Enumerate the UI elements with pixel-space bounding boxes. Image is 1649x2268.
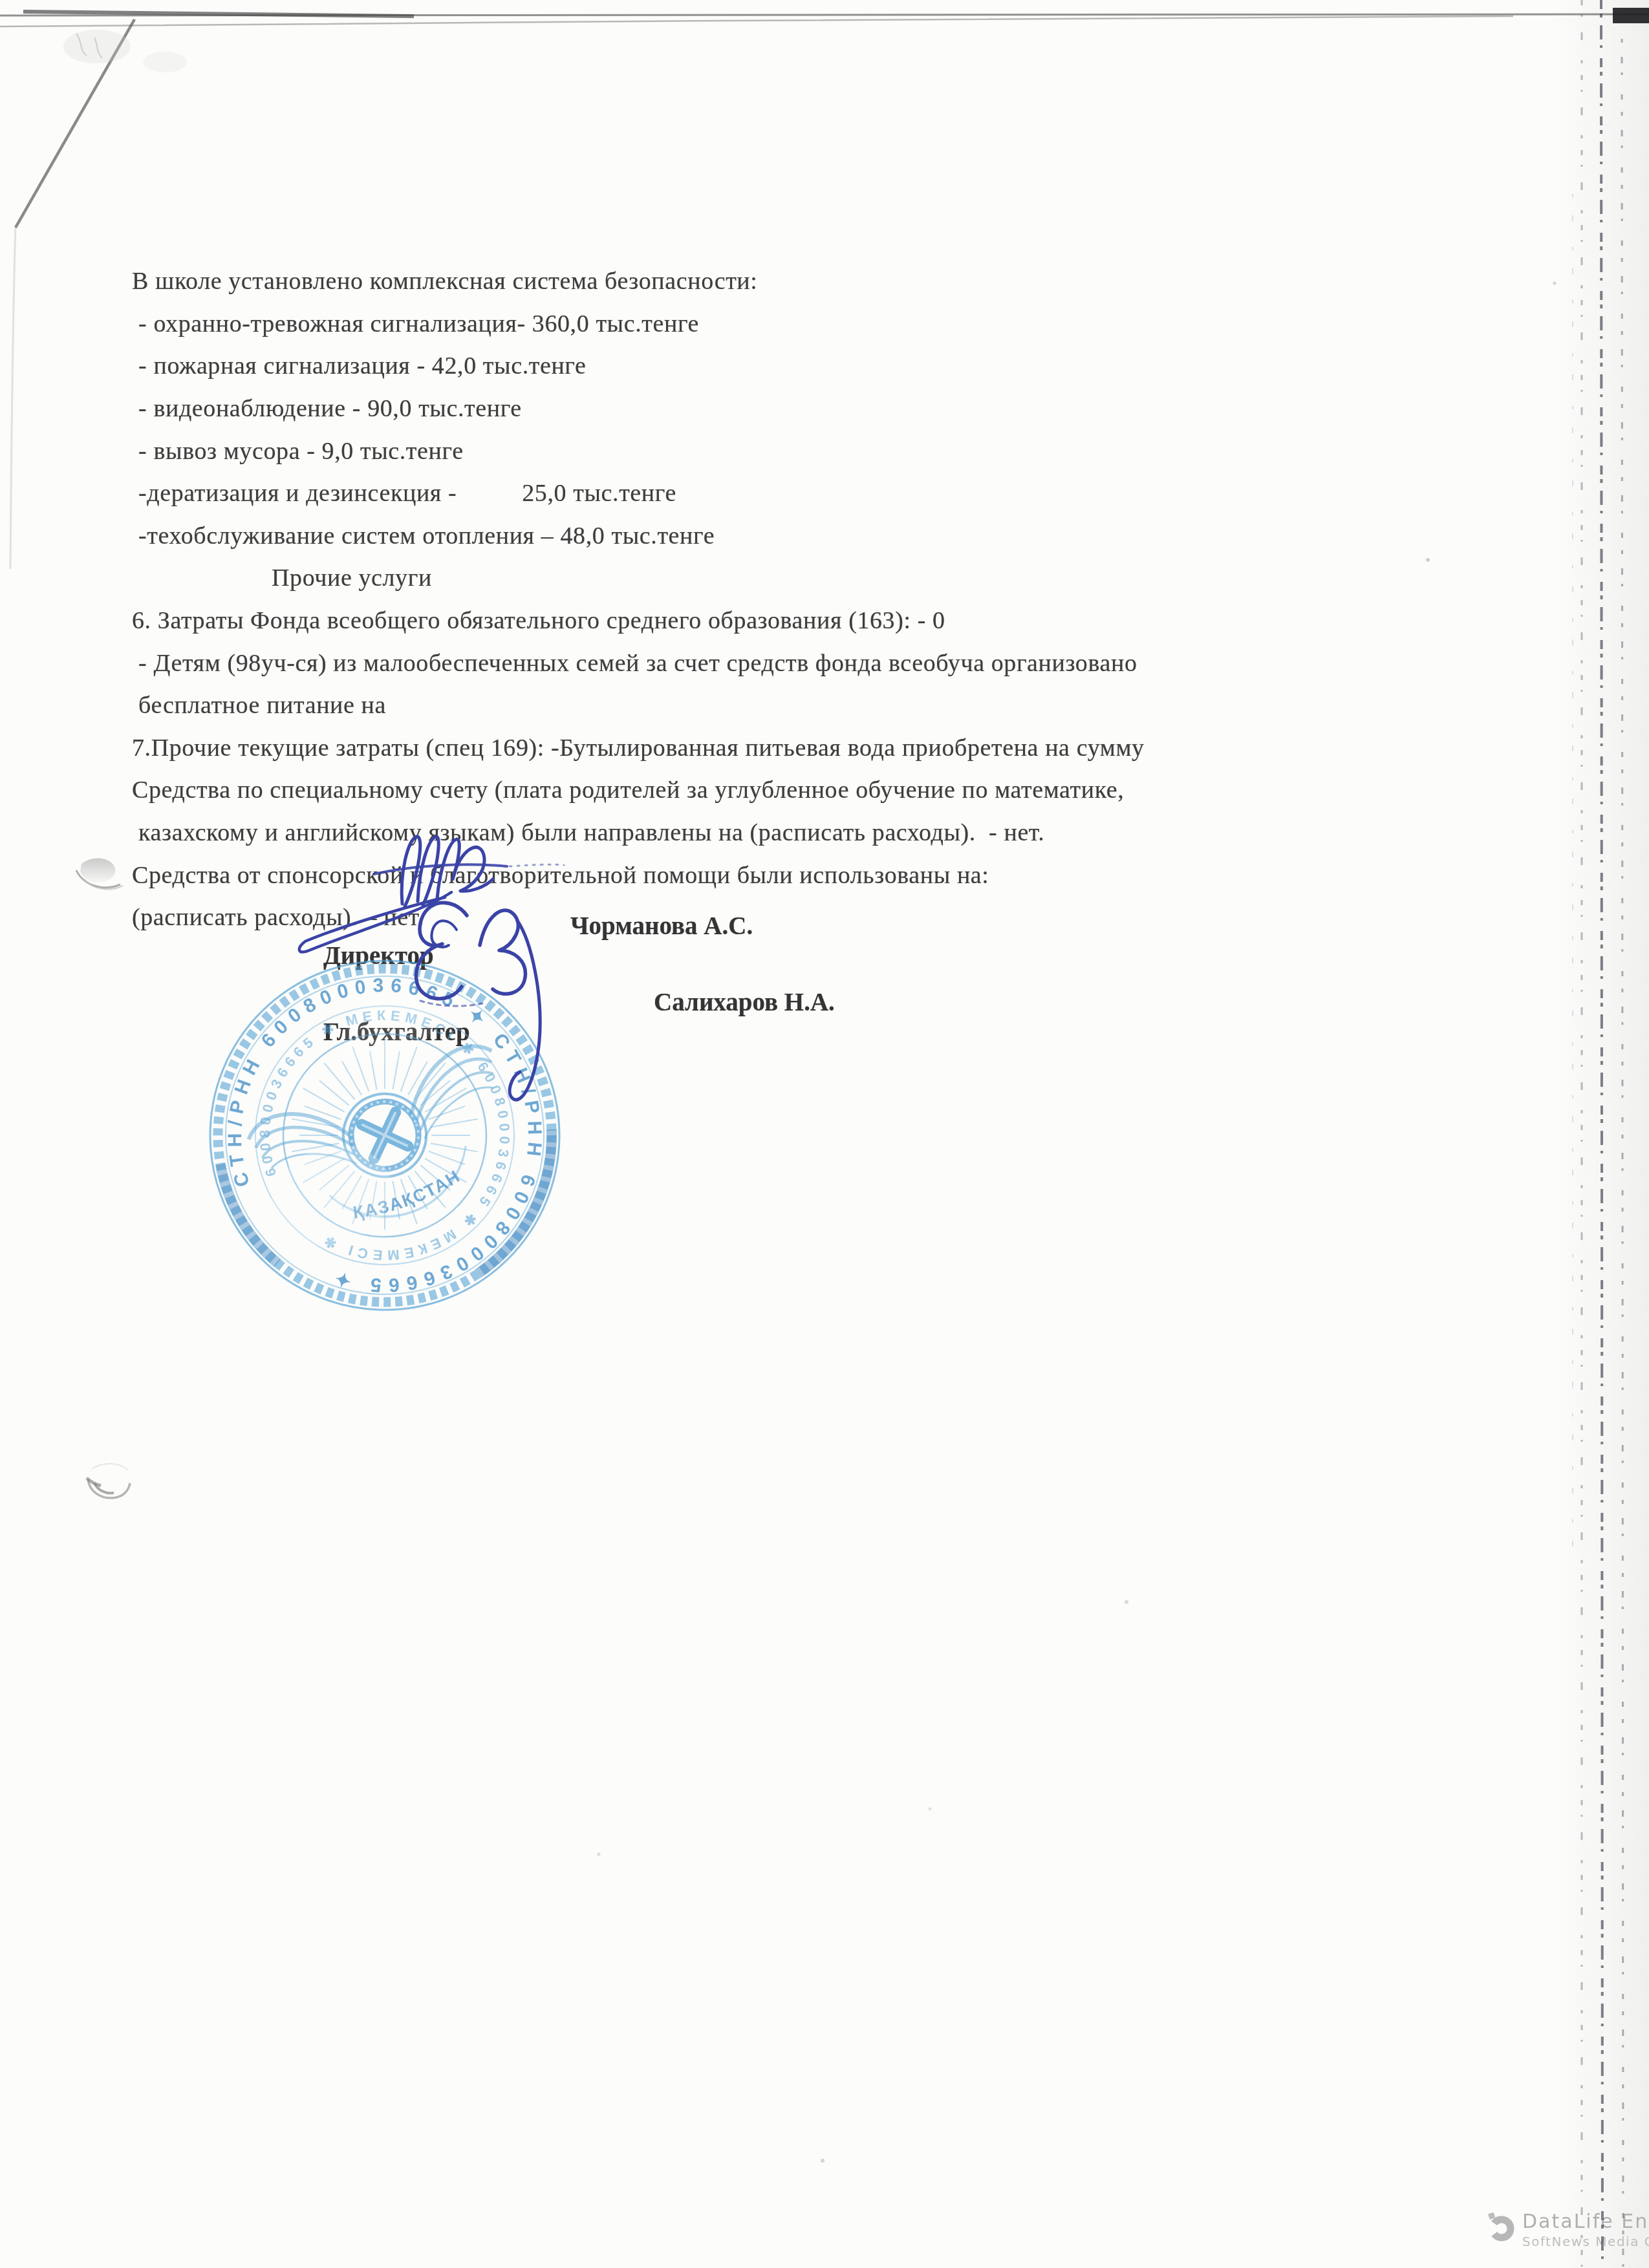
datalife-logo-icon	[1486, 2211, 1516, 2242]
watermark-title: DataLife Engine	[1522, 2211, 1649, 2233]
stamp-banner-text: ҚАЗАҚСТАН	[348, 1164, 466, 1228]
document-line: казахскому и английскому языкам) были на…	[132, 812, 1425, 855]
document-line: -дератизация и дезинсекция - 25,0 тыс.те…	[132, 473, 1425, 515]
document-line: - вывоз мусора - 9,0 тыс.тенге	[132, 431, 1425, 473]
document-line: - Детям (98уч-ся) из малообеспеченных се…	[132, 643, 1425, 685]
watermark-text: DataLife Engine SoftNews Media Group	[1522, 2211, 1649, 2250]
hole-punch-mark	[87, 1464, 130, 1498]
document-line: - пожарная сигнализация - 42,0 тыс.тенге	[132, 345, 1425, 388]
document-line: В школе установлено комплексная система …	[132, 261, 1425, 303]
signature-block: Директор Чорманова А.С. Гл.бухгалтер Сал…	[273, 852, 1178, 1124]
scanned-document-page: В школе установлено комплексная система …	[0, 0, 1649, 2268]
hole-punch-mark	[76, 858, 123, 889]
signature-row: Гл.бухгалтер Салихаров Н.А.	[273, 988, 1178, 1064]
datalife-watermark: DataLife Engine SoftNews Media Group	[1486, 2211, 1649, 2250]
stamp-pedestal-arcs	[330, 1146, 481, 1237]
scan-smudge	[143, 52, 187, 72]
signature-row: Директор Чорманова А.С.	[273, 912, 1178, 988]
document-line: 7.Прочие текущие затраты (спец 169): -Бу…	[132, 727, 1425, 770]
document-line: -техобслуживание систем отопления – 48,0…	[132, 515, 1425, 558]
document-line: Прочие услуги	[272, 557, 1425, 600]
signature-role-label: Гл.бухгалтер	[323, 1018, 470, 1046]
signature-person-name: Салихаров Н.А.	[654, 988, 835, 1018]
signature-role-label: Директор	[323, 942, 434, 970]
document-line: - видеонаблюдение - 90,0 тыс.тенге	[132, 388, 1425, 431]
document-line: бесплатное питание на	[132, 685, 1425, 727]
document-line: - охранно-тревожная сигнализация- 360,0 …	[132, 303, 1425, 346]
watermark-subtitle: SoftNews Media Group	[1522, 2233, 1649, 2250]
scan-smudge	[63, 30, 131, 63]
page-edge-shading	[1552, 0, 1649, 2268]
document-line: Средства по специальному счету (плата ро…	[132, 769, 1425, 812]
page-fold-diagonal	[16, 19, 135, 228]
document-line: 6. Затраты Фонда всеобщего обязательного…	[132, 600, 1425, 643]
signature-person-name: Чорманова А.С.	[570, 912, 753, 941]
